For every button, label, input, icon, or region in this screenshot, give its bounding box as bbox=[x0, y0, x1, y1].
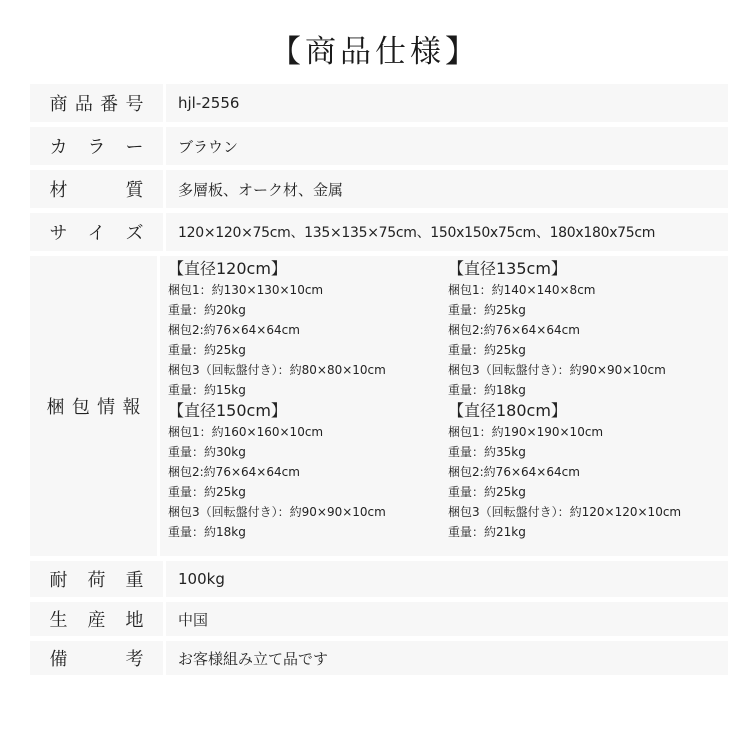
block-line: 梱包3（回転盤付き）：約90×90×10cm bbox=[448, 360, 728, 380]
row-origin: 生 産 地 中国 bbox=[30, 602, 728, 636]
block-line: 重量：約35kg bbox=[448, 442, 728, 462]
label-char: 材 bbox=[50, 176, 68, 202]
pack-block-150: 【直径150cm】 梱包1：約160×160×10cm 重量：約30kg 梱包2… bbox=[168, 400, 448, 542]
row-value: 中国 bbox=[166, 602, 728, 636]
block-line: 梱包1：約160×160×10cm bbox=[168, 422, 448, 442]
row-value: お客様組み立て品です bbox=[166, 641, 728, 675]
block-line: 梱包1：約130×130×10cm bbox=[168, 280, 448, 300]
block-line: 重量：約15kg bbox=[168, 380, 448, 400]
label-char: 重 bbox=[126, 566, 144, 592]
label-char: 梱 bbox=[47, 393, 65, 419]
row-label: 生 産 地 bbox=[30, 602, 163, 636]
block-line: 重量：約25kg bbox=[448, 482, 728, 502]
row-packaging: 梱 包 情 報 【直径120cm】 梱包1：約130×130×10cm 重量：約… bbox=[30, 256, 728, 556]
row-remarks: 備 考 お客様組み立て品です bbox=[30, 641, 728, 675]
label-char: 番 bbox=[100, 90, 118, 116]
label-char: 包 bbox=[72, 393, 90, 419]
pack-block-135: 【直径135cm】 梱包1：約140×140×8cm 重量：約25kg 梱包2:… bbox=[448, 258, 728, 400]
block-line: 梱包2:約76×64×64cm bbox=[168, 462, 448, 482]
block-line: 梱包1：約190×190×10cm bbox=[448, 422, 728, 442]
row-load-capacity: 耐 荷 重 100kg bbox=[30, 561, 728, 597]
label-char: 荷 bbox=[88, 566, 106, 592]
block-title: 【直径180cm】 bbox=[448, 400, 728, 422]
label-char: 考 bbox=[126, 645, 144, 671]
block-line: 梱包2:約76×64×64cm bbox=[448, 462, 728, 482]
row-label: 備 考 bbox=[30, 641, 163, 675]
spec-table: 商 品 番 号 hjl-2556 カ ラ ー ブラウン 材 質 多層板、オーク材… bbox=[30, 84, 728, 680]
block-title: 【直径135cm】 bbox=[448, 258, 728, 280]
packaging-value: 【直径120cm】 梱包1：約130×130×10cm 重量：約20kg 梱包2… bbox=[160, 256, 728, 556]
row-value: ブラウン bbox=[166, 127, 728, 165]
page-title: 【商品仕様】 bbox=[0, 26, 750, 71]
block-line: 梱包3（回転盤付き）：約90×90×10cm bbox=[168, 502, 448, 522]
row-value: 120×120×75cm、135×135×75cm、150x150x75cm、1… bbox=[166, 213, 728, 251]
row-value: 多層板、オーク材、金属 bbox=[166, 170, 728, 208]
label-char: 産 bbox=[88, 606, 106, 632]
row-label: サ イ ズ bbox=[30, 213, 163, 251]
label-char: 生 bbox=[50, 606, 68, 632]
block-line: 重量：約25kg bbox=[168, 482, 448, 502]
label-char: カ bbox=[50, 133, 68, 159]
label-char: 耐 bbox=[50, 566, 68, 592]
row-value: hjl-2556 bbox=[166, 84, 728, 122]
block-line: 梱包1：約140×140×8cm bbox=[448, 280, 728, 300]
block-line: 梱包2:約76×64×64cm bbox=[168, 320, 448, 340]
row-label: 耐 荷 重 bbox=[30, 561, 163, 597]
label-char: イ bbox=[88, 219, 106, 245]
block-line: 重量：約30kg bbox=[168, 442, 448, 462]
label-char: 備 bbox=[50, 645, 68, 671]
row-color: カ ラ ー ブラウン bbox=[30, 127, 728, 165]
label-char: 号 bbox=[125, 90, 143, 116]
block-line: 重量：約25kg bbox=[448, 340, 728, 360]
row-label: 梱 包 情 報 bbox=[30, 256, 157, 556]
row-label: 商 品 番 号 bbox=[30, 84, 163, 122]
pack-block-180: 【直径180cm】 梱包1：約190×190×10cm 重量：約35kg 梱包2… bbox=[448, 400, 728, 542]
block-title: 【直径150cm】 bbox=[168, 400, 448, 422]
label-char: ラ bbox=[88, 133, 106, 159]
block-line: 梱包2:約76×64×64cm bbox=[448, 320, 728, 340]
label-char: 商 bbox=[50, 90, 68, 116]
row-value: 100kg bbox=[166, 561, 728, 597]
row-product-number: 商 品 番 号 hjl-2556 bbox=[30, 84, 728, 122]
block-line: 重量：約25kg bbox=[448, 300, 728, 320]
label-char: 地 bbox=[126, 606, 144, 632]
label-char: 質 bbox=[126, 176, 144, 202]
block-line: 重量：約25kg bbox=[168, 340, 448, 360]
row-label: 材 質 bbox=[30, 170, 163, 208]
label-char: 報 bbox=[122, 393, 140, 419]
pack-block-120: 【直径120cm】 梱包1：約130×130×10cm 重量：約20kg 梱包2… bbox=[168, 258, 448, 400]
label-char: ズ bbox=[126, 219, 144, 245]
label-char: ー bbox=[126, 133, 144, 159]
block-line: 重量：約20kg bbox=[168, 300, 448, 320]
label-char: 情 bbox=[97, 393, 115, 419]
block-title: 【直径120cm】 bbox=[168, 258, 448, 280]
packaging-grid: 【直径120cm】 梱包1：約130×130×10cm 重量：約20kg 梱包2… bbox=[168, 256, 728, 542]
row-material: 材 質 多層板、オーク材、金属 bbox=[30, 170, 728, 208]
label-char: サ bbox=[50, 219, 68, 245]
label-char: 品 bbox=[75, 90, 93, 116]
row-label: カ ラ ー bbox=[30, 127, 163, 165]
block-line: 梱包3（回転盤付き）：約80×80×10cm bbox=[168, 360, 448, 380]
block-line: 重量：約21kg bbox=[448, 522, 728, 542]
row-size: サ イ ズ 120×120×75cm、135×135×75cm、150x150x… bbox=[30, 213, 728, 251]
block-line: 重量：約18kg bbox=[448, 380, 728, 400]
block-line: 梱包3（回転盤付き）：約120×120×10cm bbox=[448, 502, 728, 522]
block-line: 重量：約18kg bbox=[168, 522, 448, 542]
